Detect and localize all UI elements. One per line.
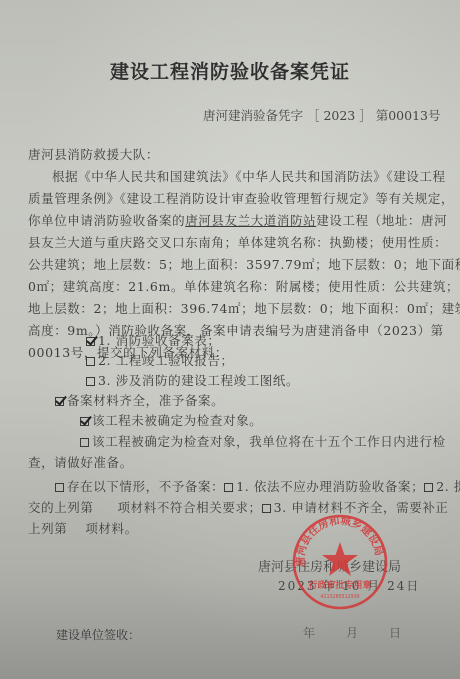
checkbox-unchecked-icon[interactable] (80, 438, 89, 447)
body-line-3-prefix: 你单位申请消防验收备案的 (28, 213, 185, 228)
rejection-line-3: 上列第项材料。 (28, 519, 138, 537)
body-line-6: 0㎡；建筑高度：21.6m。单体建筑名称：附属楼；使用性质：公共建筑； (28, 277, 459, 295)
receipt-year: 年 (303, 624, 315, 641)
body-line-3-suffix: 建设工程（地址：唐河 (316, 213, 447, 228)
outcome-not-inspection: 该工程未被确定为检查对象。 (80, 411, 262, 429)
checkbox-checked-icon[interactable] (80, 417, 89, 426)
addressee: 唐河县消防救援大队： (28, 145, 159, 163)
outcome-complete: 备案材料齐全，准予备案。 (55, 391, 224, 409)
body-line-3: 你单位申请消防验收备案的唐河县友兰大道消防站建设工程（地址：唐河 (28, 211, 447, 229)
body-line-1: 根据《中华人民共和国建筑法》《中华人民共和国消防法》《建设工程 (52, 167, 446, 185)
material-item-3: 3. 涉及消防的建设工程竣工图纸。 (86, 371, 299, 389)
body-line-4: 县友兰大道与重庆路交叉口东南角；单体建筑名称：执勤楼；使用性质： (28, 233, 447, 251)
document-number: 唐河建消验备凭字 ［ 2023 ］ 第00013号 (203, 106, 440, 124)
receipt-month: 月 (346, 624, 358, 641)
checkbox-unchecked-icon[interactable] (86, 357, 95, 366)
checkbox-unchecked-icon[interactable] (224, 483, 233, 492)
receipt-label: 建设单位签收： (56, 626, 140, 643)
checkbox-unchecked-icon[interactable] (86, 377, 95, 386)
svg-text:行政审批专用章: 行政审批专用章 (308, 579, 371, 591)
document-paper: 建设工程消防验收备案凭证 唐河建消验备凭字 ［ 2023 ］ 第00013号 唐… (0, 0, 460, 679)
document-title: 建设工程消防验收备案凭证 (0, 57, 460, 84)
checkbox-checked-icon[interactable] (55, 397, 64, 406)
outcome-rejection: 存在以下情形，不予备案：1. 依法不应办理消防验收备案；2. 提 (55, 477, 460, 495)
checkbox-checked-icon[interactable] (86, 337, 95, 346)
outcome-inspection: 该工程被确定为检查对象，我单位将在十五个工作日内进行检 (80, 432, 446, 450)
outcome-inspection-cont: 查，请做好准备。 (28, 453, 133, 471)
receipt-day: 日 (389, 624, 401, 641)
svg-text:4113280312930: 4113280312930 (320, 594, 359, 600)
project-name: 唐河县友兰大道消防站 (185, 213, 316, 228)
body-line-5: 公共建筑；地上层数：5；地上面积：3597.79㎡；地下层数：0；地下面积： (28, 255, 460, 273)
body-line-2: 质量管理条例》《建设工程消防设计审查验收管理暂行规定》等有关规定， (28, 189, 454, 207)
body-line-7: 地上层数：2；地上面积：396.74㎡；地下层数：0；地下面积：0㎡；建筑 (28, 299, 460, 317)
checkbox-unchecked-icon[interactable] (424, 483, 433, 492)
checkbox-unchecked-icon[interactable] (262, 504, 271, 513)
checkbox-unchecked-icon[interactable] (55, 483, 64, 492)
official-seal-icon: 唐河县住房和城乡建设局 行政审批专用章 4113280312930 (290, 512, 390, 612)
material-item-1: 1. 消防验收备案表； (86, 331, 221, 349)
material-item-2: 2. 工程竣工验收报告； (86, 351, 234, 369)
